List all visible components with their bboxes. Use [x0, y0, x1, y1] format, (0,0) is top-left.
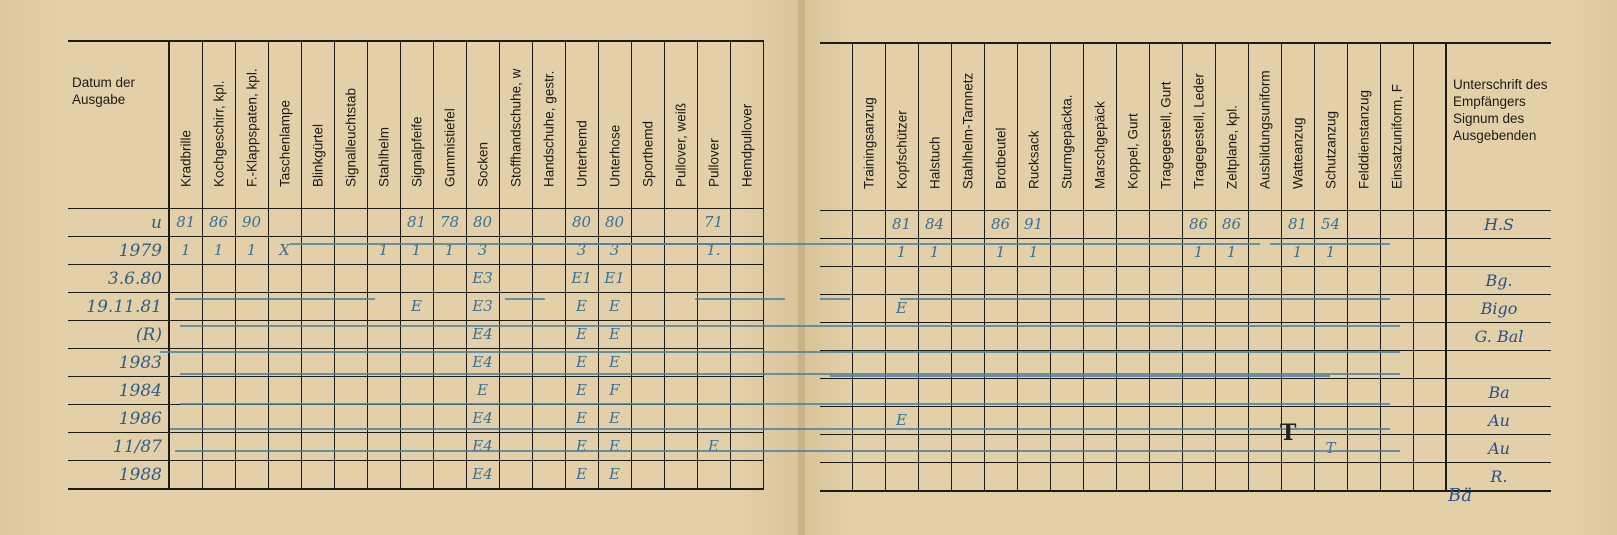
quantity-cell: [951, 407, 984, 435]
quantity-cell: [367, 293, 400, 321]
row-margin: [820, 211, 852, 239]
quantity-cell: [1347, 463, 1380, 492]
issue-date-cell: 1984: [68, 377, 169, 405]
column-header: Stoffhandschuhe, w: [499, 41, 532, 209]
quantity-cell: [1413, 435, 1446, 463]
quantity-cell: E: [565, 377, 598, 405]
quantity-cell: [1116, 407, 1149, 435]
column-header-label: Koppel, Gurt: [1125, 113, 1140, 189]
quantity-cell: [1182, 435, 1215, 463]
quantity-cell: [1413, 323, 1446, 351]
quantity-cell: [433, 377, 466, 405]
quantity-cell: [664, 209, 697, 237]
quantity-cell: E: [565, 461, 598, 490]
quantity-cell: [664, 237, 697, 265]
column-header-label: Schutzanzug: [1323, 111, 1338, 189]
quantity-cell: [334, 265, 367, 293]
signature-cell: [1446, 351, 1551, 379]
column-header-label: Kochgeschirr, kpl.: [211, 80, 226, 187]
column-header: Trainingsanzug: [852, 43, 885, 211]
quantity-cell: [631, 433, 664, 461]
quantity-cell: 1.: [697, 237, 730, 265]
quantity-cell: 3: [466, 237, 499, 265]
quantity-cell: [301, 209, 334, 237]
quantity-cell: [301, 293, 334, 321]
quantity-cell: [301, 265, 334, 293]
quantity-cell: [1248, 211, 1281, 239]
quantity-cell: [730, 209, 763, 237]
column-header-label: Kopfschützer: [894, 110, 909, 189]
column-header-label: Hemdpullover: [739, 104, 754, 187]
quantity-cell: [852, 407, 885, 435]
quantity-cell: [1413, 379, 1446, 407]
quantity-cell: [1314, 463, 1347, 492]
quantity-cell: [951, 211, 984, 239]
column-header: Kopfschützer: [885, 43, 918, 211]
quantity-cell: E: [598, 293, 631, 321]
quantity-cell: [334, 377, 367, 405]
table-row: EAu: [820, 407, 1551, 435]
date-of-issue-header: Datum der Ausgabe: [68, 41, 169, 209]
quantity-cell: 1: [169, 237, 202, 265]
quantity-cell: [730, 293, 763, 321]
signature-cell: Ba: [1446, 379, 1551, 407]
column-header-label: Signalpfeife: [409, 116, 424, 187]
quantity-cell: [202, 293, 235, 321]
column-header: Socken: [466, 41, 499, 209]
column-header-label: Stoffhandschuhe, w: [508, 69, 523, 187]
quantity-cell: [1215, 463, 1248, 492]
row-margin: [820, 435, 852, 463]
quantity-cell: [367, 461, 400, 490]
column-header-label: Marschgepäck: [1092, 101, 1107, 189]
column-header-label: Pullover, weiß: [673, 103, 688, 187]
quantity-cell: 54: [1314, 211, 1347, 239]
quantity-cell: [367, 209, 400, 237]
quantity-cell: [1083, 211, 1116, 239]
quantity-cell: [532, 265, 565, 293]
quantity-cell: [499, 293, 532, 321]
quantity-cell: [301, 433, 334, 461]
quantity-cell: [1413, 463, 1446, 492]
quantity-cell: [433, 265, 466, 293]
quantity-cell: [235, 377, 268, 405]
column-header: Signalleuchtstab: [334, 41, 367, 209]
quantity-cell: [984, 267, 1017, 295]
signature-cell: Au: [1446, 435, 1551, 463]
table-row: Bg.: [820, 267, 1551, 295]
quantity-cell: [1380, 267, 1413, 295]
column-header: Watteanzug: [1281, 43, 1314, 211]
issue-date-cell: 1988: [68, 461, 169, 490]
left-issue-table: Datum der Ausgabe KradbrilleKochgeschirr…: [68, 40, 764, 490]
quantity-cell: [202, 461, 235, 490]
column-header: Stahlhelm-Tarnnetz: [951, 43, 984, 211]
quantity-cell: 80: [598, 209, 631, 237]
quantity-cell: [1017, 407, 1050, 435]
quantity-cell: [1149, 211, 1182, 239]
quantity-cell: [499, 377, 532, 405]
quantity-cell: [1083, 267, 1116, 295]
quantity-cell: [532, 293, 565, 321]
quantity-cell: [1017, 267, 1050, 295]
issue-date-cell: 11/87: [68, 433, 169, 461]
quantity-cell: [664, 461, 697, 490]
quantity-cell: [918, 267, 951, 295]
book-gutter: [798, 0, 805, 535]
quantity-cell: [202, 265, 235, 293]
issue-date-cell: 1986: [68, 405, 169, 433]
quantity-cell: [400, 265, 433, 293]
row-margin: [820, 463, 852, 492]
quantity-cell: [1314, 267, 1347, 295]
quantity-cell: [367, 433, 400, 461]
table-row: R.: [820, 463, 1551, 492]
signature-cell: Bigo: [1446, 295, 1551, 323]
quantity-cell: [730, 461, 763, 490]
quantity-cell: [268, 209, 301, 237]
column-header: Ausbildungsuniform: [1248, 43, 1281, 211]
quantity-cell: [334, 293, 367, 321]
quantity-cell: [532, 377, 565, 405]
quantity-cell: [1380, 407, 1413, 435]
footer-signature: Bä: [1448, 485, 1472, 506]
column-header: Kradbrille: [169, 41, 202, 209]
quantity-cell: [1347, 407, 1380, 435]
column-header-label: Einsatzuniform, F: [1389, 84, 1404, 189]
strike-line: [180, 403, 1390, 405]
quantity-cell: [1182, 267, 1215, 295]
column-header: Hemdpullover: [730, 41, 763, 209]
quantity-cell: [1215, 267, 1248, 295]
quantity-cell: 86: [984, 211, 1017, 239]
quantity-cell: [1017, 463, 1050, 492]
column-header: F.-Klappspaten, kpl.: [235, 41, 268, 209]
strike-line: [900, 298, 1390, 300]
quantity-cell: [984, 407, 1017, 435]
quantity-cell: 1: [433, 237, 466, 265]
quantity-cell: [1050, 463, 1083, 492]
quantity-cell: [1347, 211, 1380, 239]
quantity-cell: [730, 265, 763, 293]
quantity-cell: [1380, 463, 1413, 492]
signature-cell: Au: [1446, 407, 1551, 435]
quantity-cell: [202, 433, 235, 461]
quantity-cell: [730, 433, 763, 461]
column-header: Sporthemd: [631, 41, 664, 209]
quantity-cell: [235, 433, 268, 461]
quantity-cell: [631, 461, 664, 490]
quantity-cell: [1116, 435, 1149, 463]
quantity-cell: [1116, 267, 1149, 295]
table-row: 19.11.81EE3EE: [68, 293, 763, 321]
column-header-label: Halstuch: [927, 136, 942, 189]
quantity-cell: [1314, 407, 1347, 435]
quantity-cell: [1116, 463, 1149, 492]
quantity-cell: [697, 377, 730, 405]
quantity-cell: E: [400, 293, 433, 321]
column-header: Kochgeschirr, kpl.: [202, 41, 235, 209]
quantity-cell: E1: [565, 265, 598, 293]
column-header: Taschenlampe: [268, 41, 301, 209]
quantity-cell: [301, 237, 334, 265]
quantity-cell: 78: [433, 209, 466, 237]
quantity-cell: [235, 461, 268, 490]
quantity-cell: [400, 433, 433, 461]
strike-line: [620, 243, 800, 245]
quantity-cell: [664, 265, 697, 293]
quantity-cell: [334, 461, 367, 490]
column-header-label: Gummistiefel: [442, 108, 457, 187]
right-issue-table: TrainingsanzugKopfschützerHalstuchStahlh…: [820, 42, 1551, 492]
table-row: 3.6.80E3E1E1: [68, 265, 763, 293]
quantity-cell: [433, 433, 466, 461]
quantity-cell: [697, 293, 730, 321]
quantity-cell: 81: [400, 209, 433, 237]
quantity-cell: 1: [202, 237, 235, 265]
column-header-label: Socken: [475, 142, 490, 187]
quantity-cell: 3: [598, 237, 631, 265]
quantity-cell: E: [565, 433, 598, 461]
strike-line: [175, 298, 375, 300]
column-header-label: Brotbeutel: [993, 127, 1008, 189]
quantity-cell: F: [598, 377, 631, 405]
column-header-label: Stahlhelm-Tarnnetz: [960, 73, 975, 189]
quantity-cell: [499, 209, 532, 237]
column-header: [1413, 43, 1446, 211]
table-row: 1979111X1113331.: [68, 237, 763, 265]
quantity-cell: [301, 377, 334, 405]
issue-date-cell: 1979: [68, 237, 169, 265]
column-header-label: Sturmgepäckta.: [1059, 94, 1074, 189]
column-header-label: Sporthemd: [640, 121, 655, 187]
column-header-label: Trainingsanzug: [861, 97, 876, 189]
quantity-cell: [532, 461, 565, 490]
quantity-cell: [268, 377, 301, 405]
quantity-cell: [1017, 435, 1050, 463]
column-header: Pullover, weiß: [664, 41, 697, 209]
column-header: Zeltplane, kpl.: [1215, 43, 1248, 211]
quantity-cell: 71: [697, 209, 730, 237]
strike-line: [1270, 243, 1390, 245]
quantity-cell: 80: [466, 209, 499, 237]
quantity-cell: [664, 433, 697, 461]
quantity-cell: [951, 435, 984, 463]
quantity-cell: [1050, 407, 1083, 435]
quantity-cell: [885, 435, 918, 463]
issue-date-cell: (R): [68, 321, 169, 349]
column-header-label: Ausbildungsuniform: [1257, 70, 1272, 189]
column-header: Marschgepäck: [1083, 43, 1116, 211]
issue-date-cell: u: [68, 209, 169, 237]
quantity-cell: [532, 209, 565, 237]
quantity-cell: [1215, 407, 1248, 435]
column-header: Koppel, Gurt: [1116, 43, 1149, 211]
column-header: Gummistiefel: [433, 41, 466, 209]
quantity-cell: [984, 435, 1017, 463]
table-row: 1984EEF: [68, 377, 763, 405]
quantity-cell: [951, 267, 984, 295]
signature-cell: H.S: [1446, 211, 1551, 239]
quantity-cell: [1347, 267, 1380, 295]
quantity-cell: [1083, 407, 1116, 435]
strike-line: [505, 298, 545, 300]
quantity-cell: [268, 461, 301, 490]
column-header: Tragegestell, Leder: [1182, 43, 1215, 211]
column-header: Einsatzuniform, F: [1380, 43, 1413, 211]
table-row: 1988E4EE: [68, 461, 763, 490]
quantity-cell: [532, 433, 565, 461]
column-header-label: Zeltplane, kpl.: [1224, 105, 1239, 189]
strike-line: [170, 428, 1390, 430]
quantity-cell: [1083, 435, 1116, 463]
quantity-cell: [235, 293, 268, 321]
quantity-cell: [433, 461, 466, 490]
column-header-label: Rucksack: [1026, 130, 1041, 189]
quantity-cell: E3: [466, 265, 499, 293]
quantity-cell: [301, 461, 334, 490]
quantity-cell: [664, 293, 697, 321]
quantity-cell: [885, 463, 918, 492]
strike-line: [830, 375, 1330, 377]
signature-cell: [1446, 239, 1551, 267]
column-header-label: Blinkgürtel: [310, 124, 325, 187]
quantity-cell: [268, 293, 301, 321]
quantity-cell: [169, 265, 202, 293]
quantity-cell: [235, 265, 268, 293]
quantity-cell: 1: [400, 237, 433, 265]
quantity-cell: [1050, 211, 1083, 239]
quantity-cell: [169, 377, 202, 405]
quantity-cell: [169, 433, 202, 461]
quantity-cell: [400, 377, 433, 405]
quantity-cell: [367, 377, 400, 405]
quantity-cell: [697, 461, 730, 490]
quantity-cell: [367, 265, 400, 293]
quantity-cell: [1413, 211, 1446, 239]
table-row: 11/87E4EEE: [68, 433, 763, 461]
signature-cell: G. Bal: [1446, 323, 1551, 351]
quantity-cell: [1281, 463, 1314, 492]
quantity-cell: [1083, 463, 1116, 492]
quantity-cell: 3: [565, 237, 598, 265]
table-row: u818690817880808071: [68, 209, 763, 237]
quantity-cell: [1413, 351, 1446, 379]
quantity-cell: [268, 265, 301, 293]
quantity-cell: [202, 377, 235, 405]
quantity-cell: [852, 211, 885, 239]
quantity-cell: E1: [598, 265, 631, 293]
quantity-cell: [984, 463, 1017, 492]
quantity-cell: [1413, 239, 1446, 267]
column-header-label: Felddienstanzug: [1356, 90, 1371, 189]
table-row: 8184869186868154H.S: [820, 211, 1551, 239]
quantity-cell: [499, 461, 532, 490]
column-header-label: Stahlhelm: [376, 127, 391, 187]
quantity-cell: E: [697, 433, 730, 461]
column-header-label: Pullover: [706, 138, 721, 187]
column-header-label: Handschuhe, gestr.: [541, 71, 556, 187]
column-header: Stahlhelm: [367, 41, 400, 209]
column-header-label: Tragegestell, Gurt: [1158, 81, 1173, 189]
quantity-cell: [631, 209, 664, 237]
quantity-cell: [1116, 211, 1149, 239]
column-header: Rucksack: [1017, 43, 1050, 211]
quantity-cell: 81: [1281, 211, 1314, 239]
quantity-cell: [334, 209, 367, 237]
quantity-cell: [631, 293, 664, 321]
issue-date-cell: 3.6.80: [68, 265, 169, 293]
column-header: Handschuhe, gestr.: [532, 41, 565, 209]
column-header-label: Taschenlampe: [277, 100, 292, 187]
quantity-cell: [1281, 267, 1314, 295]
quantity-cell: E: [598, 461, 631, 490]
quantity-cell: [268, 433, 301, 461]
signature-header: Unterschrift des Empfängers Signum des A…: [1446, 43, 1551, 211]
column-header: Halstuch: [918, 43, 951, 211]
quantity-cell: X: [268, 237, 301, 265]
column-header: Pullover: [697, 41, 730, 209]
quantity-cell: [918, 463, 951, 492]
column-header: Felddienstanzug: [1347, 43, 1380, 211]
quantity-cell: [918, 407, 951, 435]
strike-line: [160, 351, 1400, 353]
quantity-cell: [885, 267, 918, 295]
column-header: Blinkgürtel: [301, 41, 334, 209]
quantity-cell: [169, 293, 202, 321]
quantity-cell: E: [466, 377, 499, 405]
column-header-label: Watteanzug: [1290, 117, 1305, 189]
strike-line: [695, 298, 785, 300]
column-header-label: Signalleuchtstab: [343, 88, 358, 187]
quantity-cell: 1: [367, 237, 400, 265]
quantity-cell: 86: [1215, 211, 1248, 239]
strike-line: [800, 243, 1260, 245]
quantity-cell: [1380, 211, 1413, 239]
quantity-cell: [1248, 407, 1281, 435]
quantity-cell: [1248, 463, 1281, 492]
quantity-cell: [631, 265, 664, 293]
quantity-cell: [852, 295, 885, 323]
quantity-cell: [730, 377, 763, 405]
quantity-cell: [169, 461, 202, 490]
quantity-cell: [852, 267, 885, 295]
quantity-cell: [664, 377, 697, 405]
quantity-cell: [1149, 267, 1182, 295]
table-row: TAu: [820, 435, 1551, 463]
quantity-cell: 91: [1017, 211, 1050, 239]
quantity-cell: [852, 435, 885, 463]
quantity-cell: [1182, 463, 1215, 492]
quantity-cell: [1380, 435, 1413, 463]
quantity-cell: 81: [885, 211, 918, 239]
quantity-cell: [1413, 267, 1446, 295]
quantity-cell: [1149, 463, 1182, 492]
strike-line: [175, 450, 1400, 452]
quantity-cell: [1248, 267, 1281, 295]
quantity-cell: [1149, 435, 1182, 463]
column-header: Signalpfeife: [400, 41, 433, 209]
quantity-cell: [433, 293, 466, 321]
quantity-cell: [951, 463, 984, 492]
quantity-cell: [1413, 295, 1446, 323]
column-header-label: Kradbrille: [178, 130, 193, 187]
quantity-cell: [631, 237, 664, 265]
quantity-cell: [499, 265, 532, 293]
quantity-cell: [334, 237, 367, 265]
quantity-cell: [852, 463, 885, 492]
quantity-cell: [1050, 435, 1083, 463]
